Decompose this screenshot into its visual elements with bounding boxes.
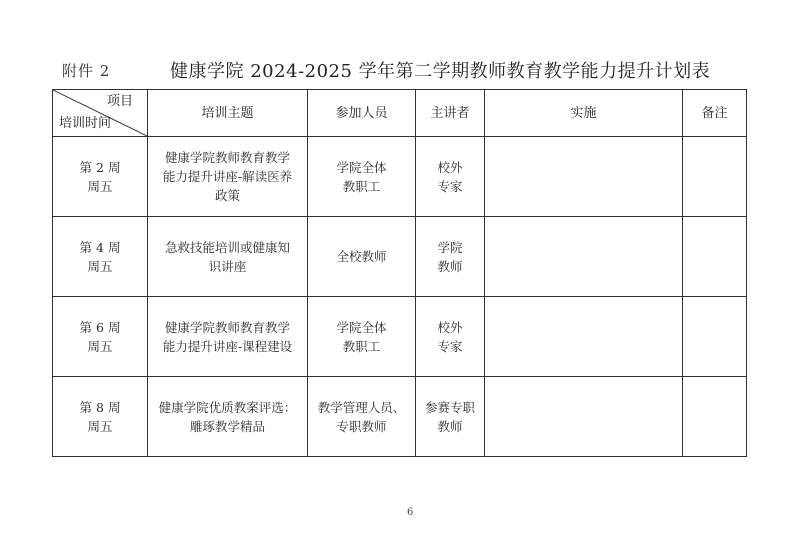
topic-line: 健康学院优质教案评选： <box>152 398 303 417</box>
participants-line: 教职工 <box>312 337 411 356</box>
topic-line: 雕琢教学精品 <box>152 417 303 436</box>
topic-cell: 健康学院教师教育教学 能力提升讲座-课程建设 <box>148 297 308 377</box>
remarks-cell <box>683 297 747 377</box>
topic-cell: 健康学院优质教案评选： 雕琢教学精品 <box>148 377 308 457</box>
speaker-line: 校外 <box>420 318 480 337</box>
column-header-speaker: 主讲者 <box>416 90 485 137</box>
column-header-participants: 参加人员 <box>308 90 416 137</box>
column-header-implementation: 实施 <box>485 90 683 137</box>
participants-line: 教职工 <box>312 177 411 196</box>
participants-line: 专职教师 <box>312 417 411 436</box>
column-header-topic: 培训主题 <box>148 90 308 137</box>
topic-line: 健康学院教师教育教学 <box>152 318 303 337</box>
participants-cell: 教学管理人员、 专职教师 <box>308 377 416 457</box>
participants-cell: 学院全体 教职工 <box>308 297 416 377</box>
week-text: 第 2 周 <box>57 158 143 177</box>
implementation-cell <box>485 297 683 377</box>
topic-line: 识讲座 <box>152 257 303 276</box>
speaker-line: 教师 <box>420 417 480 436</box>
weekday-text: 周五 <box>57 177 143 196</box>
table-row: 第 2 周 周五 健康学院教师教育教学 能力提升讲座-解读医养 政策 学院全体 … <box>53 137 747 217</box>
column-header-remarks: 备注 <box>683 90 747 137</box>
speaker-line: 专家 <box>420 177 480 196</box>
time-cell: 第 6 周 周五 <box>53 297 148 377</box>
topic-line: 急救技能培训或健康知 <box>152 238 303 257</box>
participants-line: 全校教师 <box>312 247 411 266</box>
speaker-cell: 参赛专职 教师 <box>416 377 485 457</box>
topic-line: 健康学院教师教育教学 <box>152 148 303 167</box>
time-cell: 第 2 周 周五 <box>53 137 148 217</box>
speaker-line: 专家 <box>420 337 480 356</box>
speaker-cell: 学院 教师 <box>416 217 485 297</box>
participants-line: 教学管理人员、 <box>312 398 411 417</box>
week-text: 第 4 周 <box>57 238 143 257</box>
diagonal-header-cell: 项目 培训时间 <box>53 90 148 137</box>
participants-line: 学院全体 <box>312 318 411 337</box>
diagonal-header-item-label: 项目 <box>107 94 133 110</box>
topic-line: 政策 <box>152 186 303 205</box>
table-header-row: 项目 培训时间 培训主题 参加人员 主讲者 实施 备注 <box>53 90 747 137</box>
week-text: 第 6 周 <box>57 318 143 337</box>
speaker-line: 学院 <box>420 238 480 257</box>
remarks-cell <box>683 217 747 297</box>
participants-cell: 学院全体 教职工 <box>308 137 416 217</box>
participants-cell: 全校教师 <box>308 217 416 297</box>
time-cell: 第 8 周 周五 <box>53 377 148 457</box>
implementation-cell <box>485 377 683 457</box>
implementation-cell <box>485 137 683 217</box>
weekday-text: 周五 <box>57 257 143 276</box>
remarks-cell <box>683 137 747 217</box>
table-row: 第 6 周 周五 健康学院教师教育教学 能力提升讲座-课程建设 学院全体 教职工… <box>53 297 747 377</box>
speaker-cell: 校外 专家 <box>416 297 485 377</box>
document-title: 健康学院 2024-2025 学年第二学期教师教育教学能力提升计划表 <box>170 57 710 83</box>
speaker-line: 参赛专职 <box>420 398 480 417</box>
speaker-line: 校外 <box>420 158 480 177</box>
table-row: 第 4 周 周五 急救技能培训或健康知 识讲座 全校教师 学院 教师 <box>53 217 747 297</box>
weekday-text: 周五 <box>57 417 143 436</box>
week-text: 第 8 周 <box>57 398 143 417</box>
attachment-label: 附件 2 <box>62 60 110 81</box>
training-plan-table: 项目 培训时间 培训主题 参加人员 主讲者 实施 备注 第 2 周 周五 健康学… <box>52 89 747 457</box>
speaker-cell: 校外 专家 <box>416 137 485 217</box>
topic-line: 能力提升讲座-解读医养 <box>152 167 303 186</box>
topic-line: 能力提升讲座-课程建设 <box>152 337 303 356</box>
speaker-line: 教师 <box>420 257 480 276</box>
time-cell: 第 4 周 周五 <box>53 217 148 297</box>
page-number: 6 <box>407 507 413 518</box>
topic-cell: 急救技能培训或健康知 识讲座 <box>148 217 308 297</box>
remarks-cell <box>683 377 747 457</box>
weekday-text: 周五 <box>57 337 143 356</box>
table-row: 第 8 周 周五 健康学院优质教案评选： 雕琢教学精品 教学管理人员、 专职教师… <box>53 377 747 457</box>
diagonal-header-time-label: 培训时间 <box>59 116 111 132</box>
participants-line: 学院全体 <box>312 158 411 177</box>
implementation-cell <box>485 217 683 297</box>
topic-cell: 健康学院教师教育教学 能力提升讲座-解读医养 政策 <box>148 137 308 217</box>
